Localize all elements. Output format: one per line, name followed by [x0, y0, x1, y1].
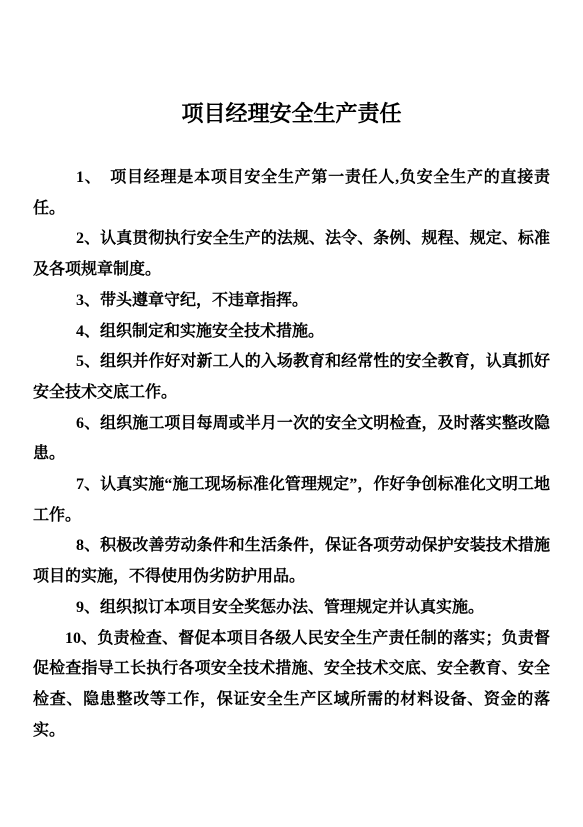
paragraph-item-9: 9、组织拟订本项目安全奖惩办法、管理规定并认真实施。 — [33, 593, 550, 624]
paragraph-item-6: 6、组织施工项目每周或半月一次的安全文明检查，及时落实整改隐患。 — [33, 409, 550, 470]
document-page: 项目经理安全生产责任 1、 项目经理是本项目安全生产第一责任人,负安全生产的直接… — [0, 0, 583, 827]
paragraph-item-7: 7、认真实施“施工现场标准化管理规定”，作好争创标准化文明工地工作。 — [33, 470, 550, 531]
paragraph-item-1: 1、 项目经理是本项目安全生产第一责任人,负安全生产的直接责任。 — [33, 163, 550, 224]
paragraph-item-5: 5、组织并作好对新工人的入场教育和经常性的安全教育，认真抓好安全技术交底工作。 — [33, 347, 550, 408]
paragraph-item-2: 2、认真贯彻执行安全生产的法规、法令、条例、规程、规定、标准及各项规章制度。 — [33, 224, 550, 285]
paragraph-item-3: 3、带头遵章守纪，不违章指挥。 — [33, 286, 550, 317]
document-body: 1、 项目经理是本项目安全生产第一责任人,负安全生产的直接责任。 2、认真贯彻执… — [33, 163, 550, 746]
paragraph-item-8: 8、积极改善劳动条件和生活条件，保证各项劳动保护安装技术措施项目的实施，不得使用… — [33, 531, 550, 592]
paragraph-item-4: 4、组织制定和实施安全技术措施。 — [33, 317, 550, 348]
document-title: 项目经理安全生产责任 — [0, 100, 583, 127]
paragraph-item-10: 10、负责检查、督促本项目各级人民安全生产责任制的落实；负责督促检查指导工长执行… — [33, 624, 550, 747]
